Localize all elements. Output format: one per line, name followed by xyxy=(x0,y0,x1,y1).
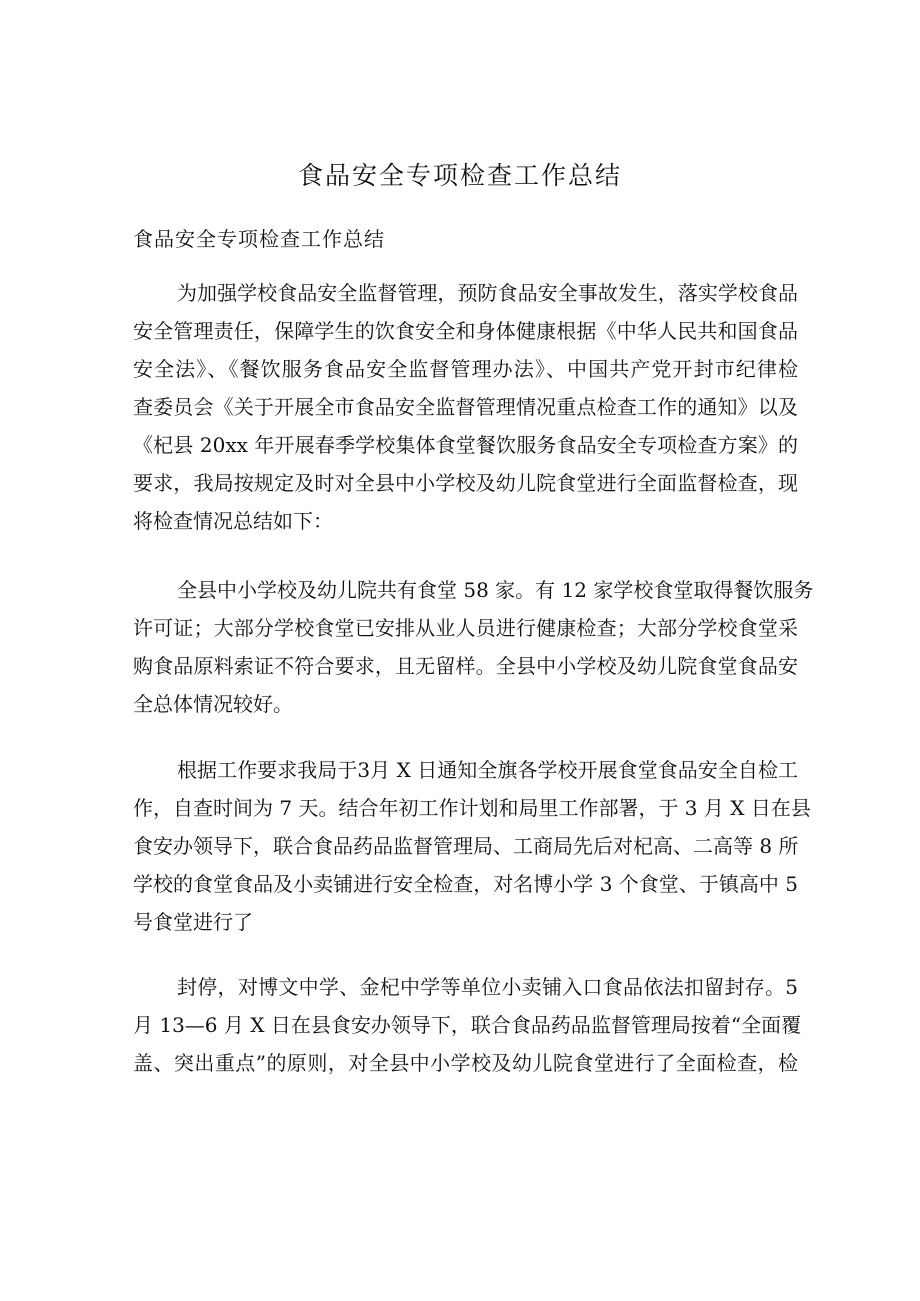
paragraph-line: 为加强学校食品安全监督管理，预防食品安全事故发生，落实学校食品 xyxy=(133,274,798,312)
paragraph-line: 作，自查时间为 7 天。结合年初工作计划和局里工作部署，于 3 月 X 日在县 xyxy=(133,789,798,827)
paragraph-closure: 封停，对博文中学、金杞中学等单位小卖铺入口食品依法扣留封存。5 月 13—6 月… xyxy=(133,968,798,1082)
paragraph-line: 将检查情况总结如下： xyxy=(133,502,798,540)
paragraph-line: 盖、突出重点”的原则，对全县中小学校及幼儿院食堂进行了全面检查，检 xyxy=(133,1044,798,1082)
paragraph-line: 全总体情况较好。 xyxy=(133,685,798,723)
paragraph-overview: 全县中小学校及幼儿院共有食堂 58 家。有 12 家学校食堂取得餐饮服务 许可证… xyxy=(133,571,798,723)
paragraph-line: 许可证；大部分学校食堂已安排从业人员进行健康检查；大部分学校食堂采 xyxy=(133,609,798,647)
paragraph-line: 食安办领导下，联合食品药品监督管理局、工商局先后对杞高、二高等 8 所 xyxy=(133,827,798,865)
paragraph-line: 《杞县 20xx 年开展春季学校集体食堂餐饮服务食品安全专项检查方案》的 xyxy=(133,426,798,464)
paragraph-line: 安全管理责任，保障学生的饮食安全和身体健康根据《中华人民共和国食品 xyxy=(133,312,798,350)
paragraph-inspection: 根据工作要求我局于3月 X 日通知全旗各学校开展食堂食品安全自检工 作，自查时间… xyxy=(133,751,798,941)
paragraph-line: 购食品原料索证不符合要求，且无留样。全县中小学校及幼儿院食堂食品安 xyxy=(133,647,798,685)
paragraph-line: 月 13—6 月 X 日在县食安办领导下，联合食品药品监督管理局按着“全面覆 xyxy=(133,1006,798,1044)
paragraph-line: 号食堂进行了 xyxy=(133,903,798,941)
document-page: 食品安全专项检查工作总结 食品安全专项检查工作总结 为加强学校食品安全监督管理，… xyxy=(0,0,920,1301)
paragraph-line: 安全法》、《餐饮服务食品安全监督管理办法》、中国共产党开封市纪律检 xyxy=(133,350,798,388)
paragraph-intro: 为加强学校食品安全监督管理，预防食品安全事故发生，落实学校食品 安全管理责任，保… xyxy=(133,274,798,540)
paragraph-line: 根据工作要求我局于3月 X 日通知全旗各学校开展食堂食品安全自检工 xyxy=(133,751,798,789)
paragraph-line: 学校的食堂食品及小卖铺进行安全检查，对名博小学 3 个食堂、于镇高中 5 xyxy=(133,865,798,903)
paragraph-line: 要求，我局按规定及时对全县中小学校及幼儿院食堂进行全面监督检查，现 xyxy=(133,464,798,502)
paragraph-line: 全县中小学校及幼儿院共有食堂 58 家。有 12 家学校食堂取得餐饮服务 xyxy=(133,571,798,609)
paragraph-line: 查委员会《关于开展全市食品安全监督管理情况重点检查工作的通知》以及 xyxy=(133,388,798,426)
document-title: 食品安全专项检查工作总结 xyxy=(0,158,920,194)
document-subtitle: 食品安全专项检查工作总结 xyxy=(133,224,385,254)
paragraph-line: 封停，对博文中学、金杞中学等单位小卖铺入口食品依法扣留封存。5 xyxy=(133,968,798,1006)
